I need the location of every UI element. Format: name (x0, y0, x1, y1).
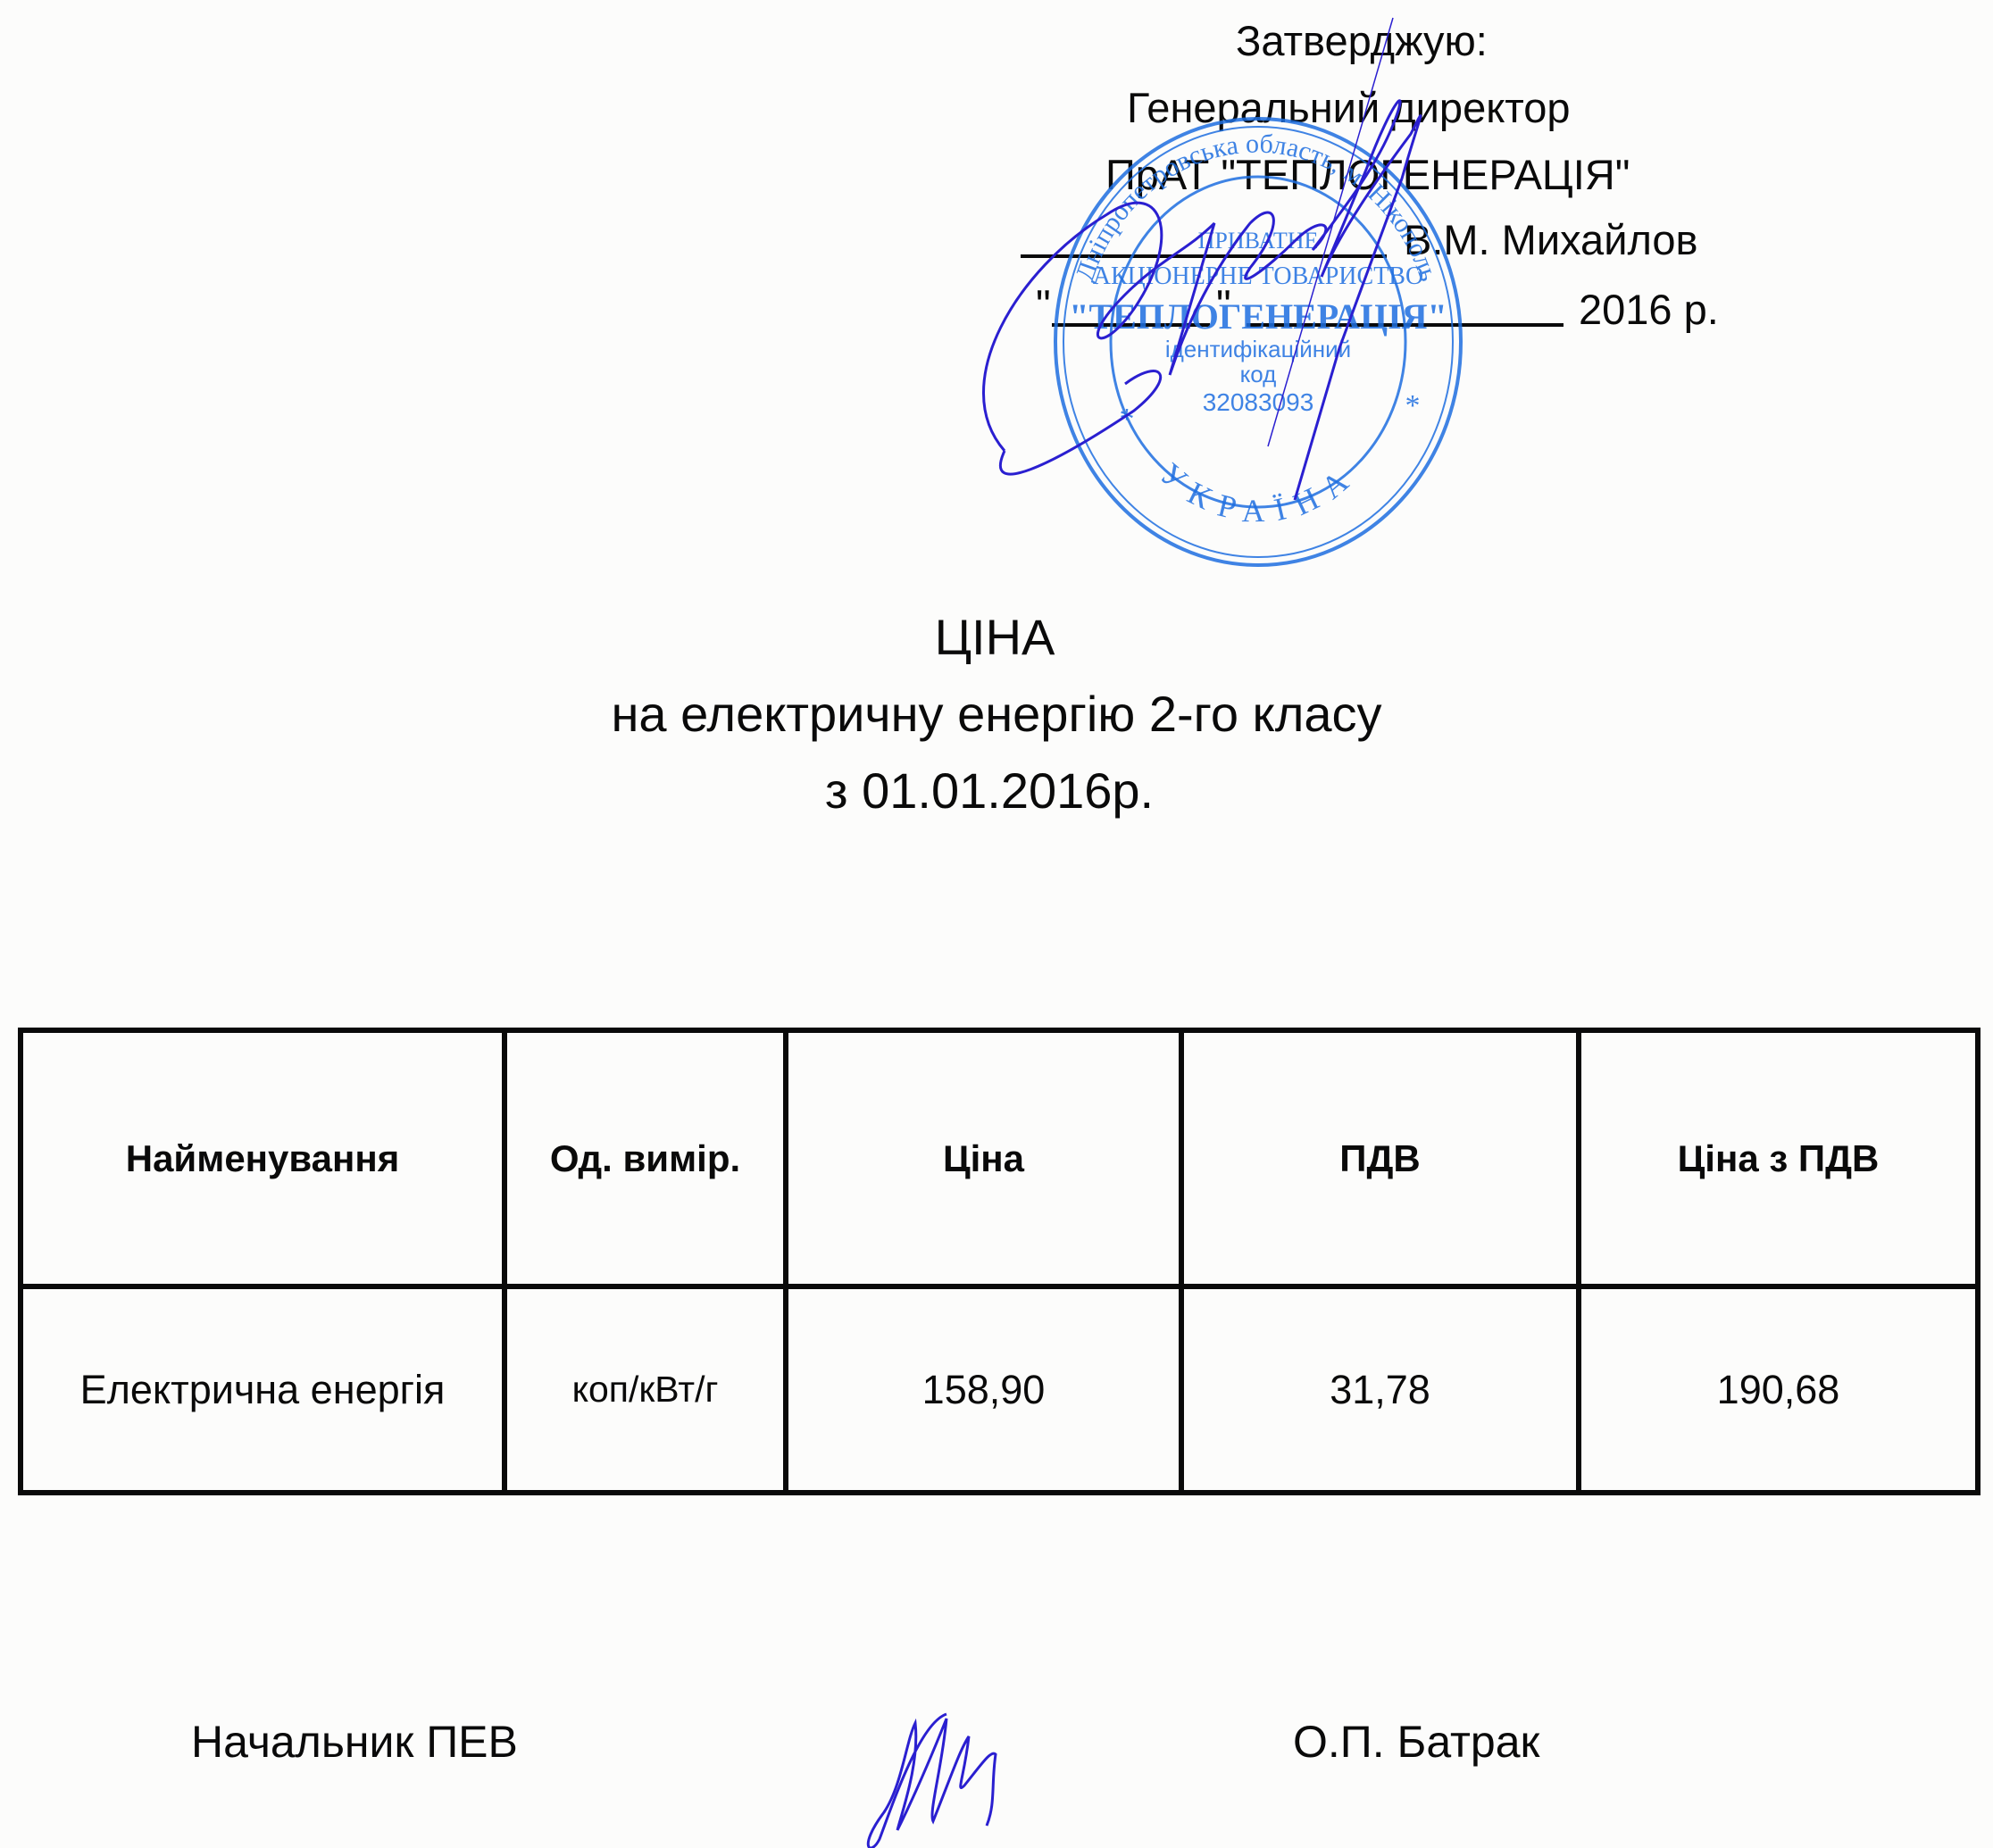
table-header-row: Найменування Од. вимір. Ціна ПДВ Ціна з … (21, 1030, 1978, 1286)
stamp-line6: 32083093 (1203, 388, 1314, 416)
effective-date: з 01.01.2016р. (0, 766, 1986, 816)
cell-price: 158,90 (786, 1286, 1181, 1493)
stamp-line1: ПРИВАТНЕ (1198, 228, 1319, 254)
cell-price-with-vat: 190,68 (1579, 1286, 1978, 1493)
header-price: Ціна (786, 1030, 1181, 1286)
footer-position: Начальник ПЕВ (191, 1719, 518, 1764)
cell-name: Електрична енергія (21, 1286, 505, 1493)
header-name: Найменування (21, 1030, 505, 1286)
stamp-bottom-text: УКРАЇНА (1154, 455, 1364, 529)
stamp-line4: ідентифікаційний (1165, 336, 1351, 362)
stamp-star-right: * (1405, 389, 1421, 422)
header-vat: ПДВ (1181, 1030, 1579, 1286)
cell-vat: 31,78 (1181, 1286, 1579, 1493)
table-row: Електрична енергія коп/кВт/г 158,90 31,7… (21, 1286, 1978, 1493)
stamp-line2: АКЦІОНЕРНЕ ТОВАРИСТВО (1093, 262, 1423, 290)
document-subtitle: на електричну енергію 2-го класу (0, 689, 1993, 739)
stamp-seal: Дніпропетровська область, м. Нікополь УК… (0, 0, 1993, 625)
footer-name: О.П. Батрак (1293, 1719, 1539, 1764)
document-title: ЦІНА (0, 612, 1991, 662)
stamp-line5: код (1240, 361, 1277, 387)
cell-unit: коп/кВт/г (505, 1286, 786, 1493)
price-table: Найменування Од. вимір. Ціна ПДВ Ціна з … (18, 1028, 1980, 1495)
header-price-with-vat: Ціна з ПДВ (1579, 1030, 1978, 1286)
header-unit: Од. вимір. (505, 1030, 786, 1286)
stamp-line3: "ТЕПЛОГЕНЕРАЦІЯ" (1069, 296, 1447, 337)
